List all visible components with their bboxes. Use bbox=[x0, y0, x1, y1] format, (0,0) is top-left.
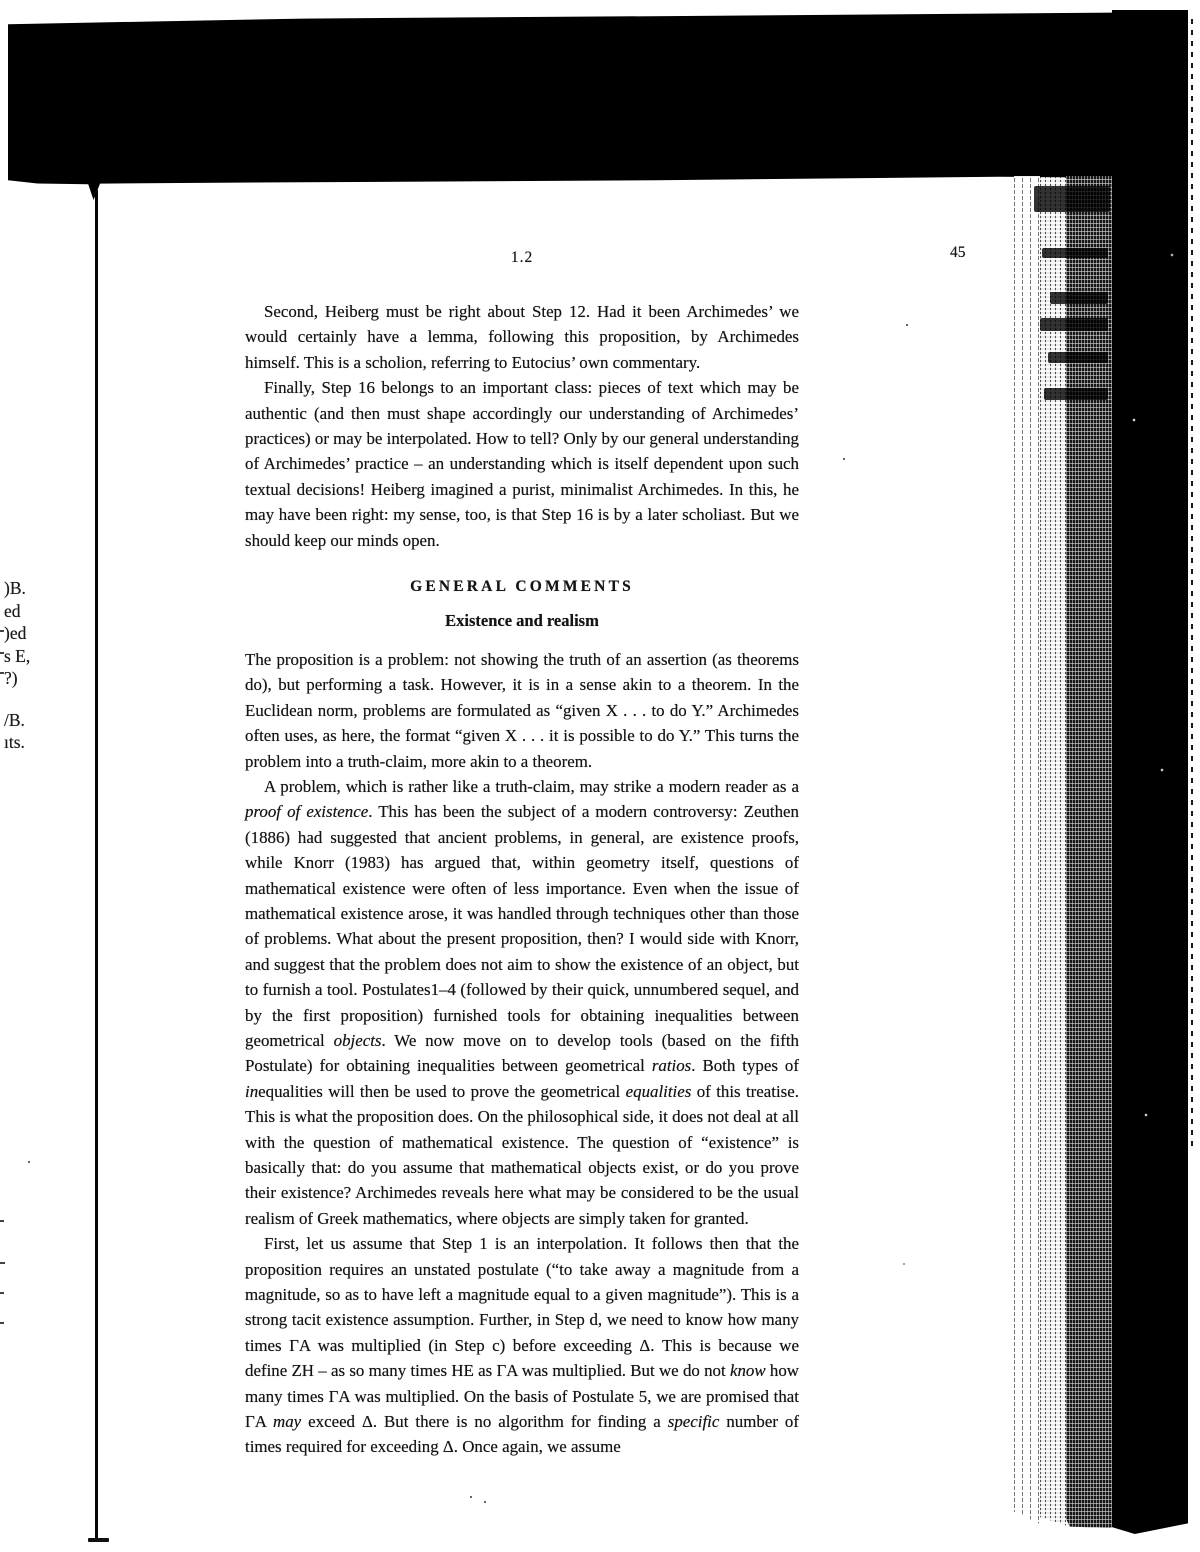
book-spine-foot-mark bbox=[88, 1538, 109, 1542]
scan-speck bbox=[906, 324, 908, 326]
scanned-book-page: )B.ed)eds E,?)/B.ıts. 1.2 45 Second, Hei… bbox=[0, 0, 1200, 1552]
scan-black-band-top bbox=[8, 12, 1188, 200]
paragraph: The proposition is a problem: not showin… bbox=[245, 647, 799, 774]
scan-dotted-edge-line bbox=[1191, 16, 1193, 1146]
page-edge-mark bbox=[1042, 248, 1108, 258]
scan-edge-dash bbox=[0, 1220, 4, 1222]
book-page-edges-texture-medium bbox=[1040, 176, 1066, 1528]
page-number: 45 bbox=[950, 244, 966, 262]
scan-speck bbox=[843, 458, 845, 460]
margin-fragment: /B. bbox=[4, 709, 50, 732]
margin-fragment: )ed bbox=[4, 622, 50, 645]
paragraph: Finally, Step 16 belongs to an important… bbox=[245, 375, 799, 553]
margin-fragment: ed bbox=[4, 600, 50, 623]
margin-fragment: ?) bbox=[4, 667, 50, 690]
cutoff-margin-text: )B.ed)eds E,?)/B.ıts. bbox=[4, 577, 50, 754]
scan-speck bbox=[484, 1501, 486, 1503]
subsection-heading: Existence and realism bbox=[245, 608, 799, 633]
paragraph: First, let us assume that Step 1 is an i… bbox=[245, 1231, 799, 1460]
section-heading: GENERAL COMMENTS bbox=[245, 574, 799, 599]
page-edge-mark bbox=[1040, 318, 1108, 331]
paragraph: Second, Heiberg must be right about Step… bbox=[245, 299, 799, 375]
book-page-edges-texture-dense bbox=[1066, 176, 1112, 1528]
book-spine-line bbox=[95, 190, 98, 1540]
scan-edge-dash bbox=[0, 1262, 5, 1264]
scan-edge-dash bbox=[0, 1322, 4, 1324]
scan-speck bbox=[903, 1263, 905, 1265]
section-number: 1.2 bbox=[245, 249, 799, 267]
page-edge-mark bbox=[1050, 292, 1108, 304]
page-edge-mark bbox=[1034, 186, 1110, 212]
scan-edge-dash bbox=[0, 630, 4, 632]
scan-edge-dash bbox=[0, 1292, 4, 1294]
scan-edge-dash bbox=[0, 652, 4, 654]
paragraph: A problem, which is rather like a truth-… bbox=[245, 774, 799, 1231]
margin-fragment: )B. bbox=[4, 577, 50, 600]
page-body: Second, Heiberg must be right about Step… bbox=[245, 299, 799, 1460]
scan-edge-dash bbox=[0, 672, 4, 674]
scan-speck bbox=[28, 1161, 30, 1163]
page-edge-mark bbox=[1048, 352, 1108, 363]
book-page-edges-texture-light bbox=[1014, 176, 1040, 1528]
margin-fragment: s E, bbox=[4, 645, 50, 668]
page-edge-mark bbox=[1044, 388, 1108, 400]
scan-speck bbox=[470, 1496, 472, 1498]
scan-black-band-right bbox=[1112, 10, 1188, 1534]
margin-fragment: ıts. bbox=[4, 731, 50, 754]
